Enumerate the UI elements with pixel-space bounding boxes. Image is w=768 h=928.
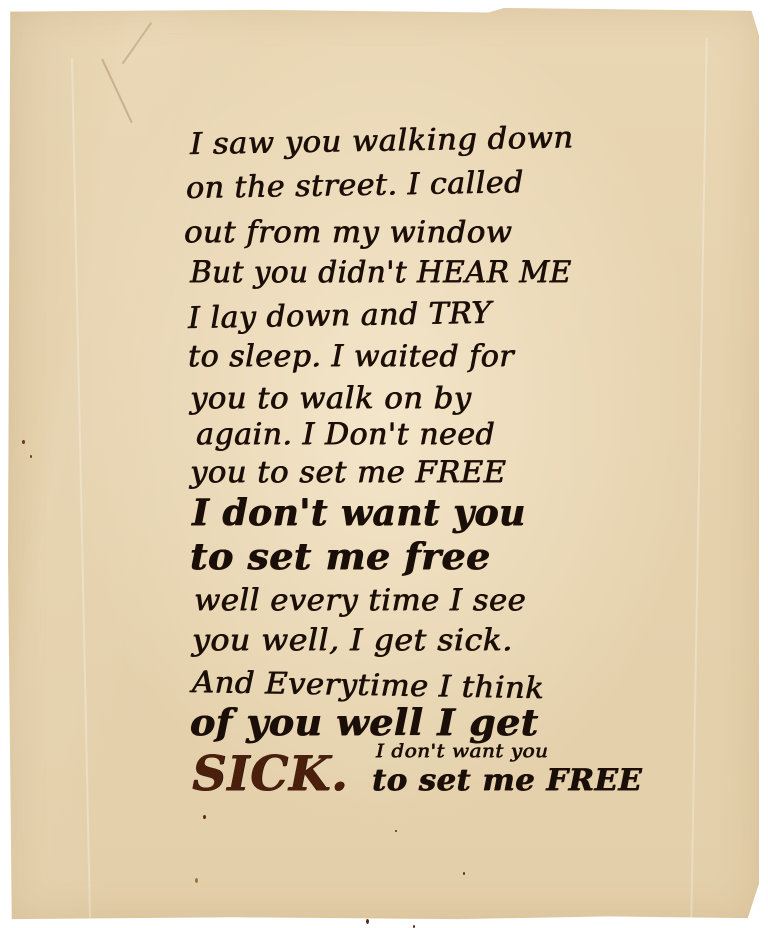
lyric-line: you to set me FREE bbox=[190, 456, 506, 490]
paper-tear bbox=[122, 22, 152, 64]
lyric-line: to sleep. I waited for bbox=[188, 340, 514, 374]
paper-crease bbox=[71, 58, 91, 918]
lyric-line: you to walk on by bbox=[190, 382, 471, 416]
lyric-line: And Everytime I think bbox=[192, 666, 545, 706]
ink-speck bbox=[195, 878, 198, 883]
ink-speck bbox=[366, 919, 369, 924]
lyric-line: on the street. I called bbox=[186, 166, 524, 206]
ink-speck bbox=[203, 815, 206, 819]
lyric-line: I don't want you bbox=[376, 740, 548, 762]
lyric-line: well every time I see bbox=[194, 584, 526, 618]
ink-speck bbox=[395, 830, 397, 832]
lyric-line: to set me FREE bbox=[372, 764, 642, 798]
lyric-line: SICK. bbox=[192, 748, 348, 800]
paper-tear bbox=[101, 59, 132, 123]
lyric-line: of you well I get bbox=[190, 706, 539, 740]
lyric-line: I lay down and TRY bbox=[188, 297, 492, 336]
lyric-line: But you didn't HEAR ME bbox=[190, 256, 572, 290]
lyric-line: out from my window bbox=[184, 216, 512, 250]
ink-speck bbox=[22, 440, 25, 444]
paper-crease bbox=[690, 38, 707, 918]
ink-speck bbox=[463, 872, 465, 875]
lyric-line: again. I Don't need bbox=[196, 418, 495, 452]
lyric-line: I don't want you bbox=[192, 496, 526, 530]
lyric-line: I saw you walking down bbox=[190, 121, 574, 162]
lyric-line: to set me free bbox=[190, 540, 491, 574]
ink-speck bbox=[30, 455, 32, 458]
lyric-line: you well, I get sick. bbox=[192, 624, 513, 658]
